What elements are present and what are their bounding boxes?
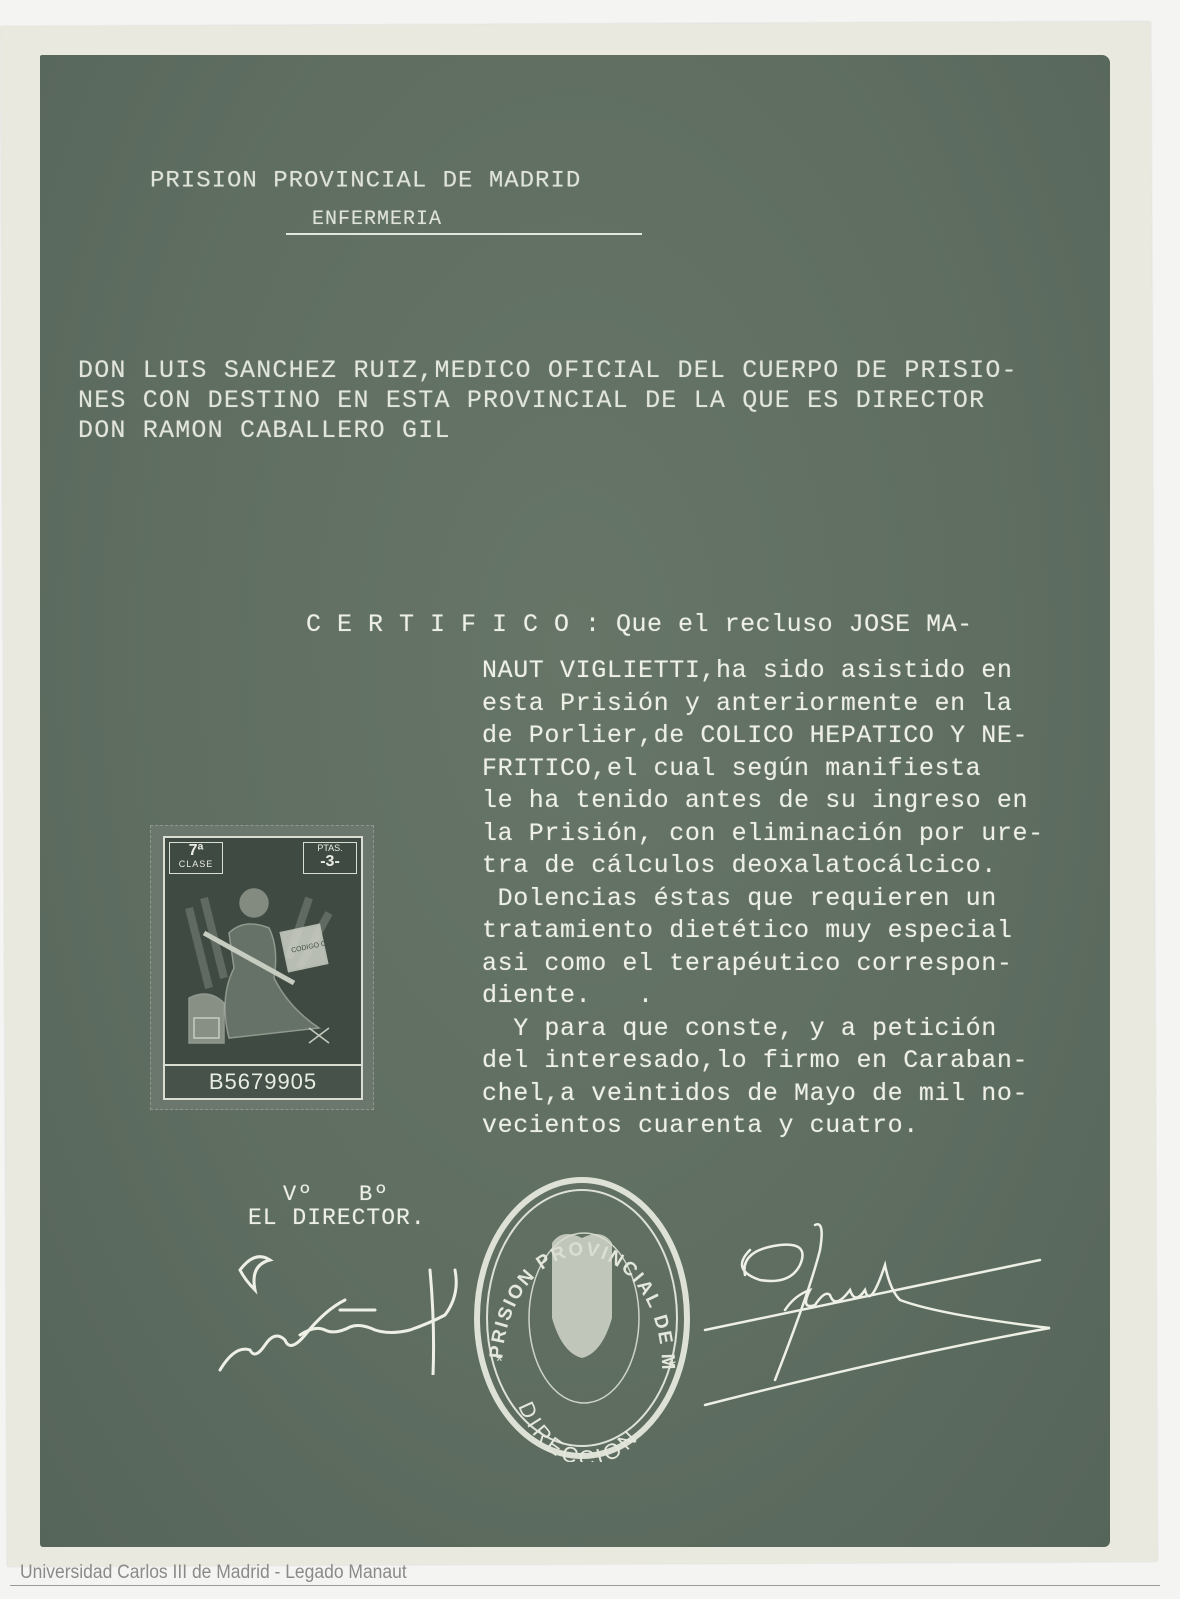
- visto-bueno-label: Vº Bº: [283, 1182, 389, 1207]
- body-line: NAUT VIGLIETTI,ha sido asistido en: [482, 656, 1012, 685]
- department-header: ENFERMERIA: [312, 208, 442, 231]
- certifico-line: C E R T I F I C O : Que el recluso JOSE …: [306, 610, 973, 639]
- svg-text:DIRECCION: DIRECCION: [513, 1398, 644, 1462]
- body-line: del interesado,lo firmo en Caraban-: [482, 1046, 1028, 1075]
- revenue-stamp: 7ª CLASE PTAS. -3- CODIGO CIVIL B5679905: [150, 825, 374, 1110]
- body-line: la Prisión, con eliminación por ure-: [482, 819, 1044, 848]
- body-line: de Porlier,de COLICO HEPATICO Y NE-: [482, 721, 1028, 750]
- body-line: le ha tenido antes de su ingreso en: [482, 786, 1028, 815]
- director-title: EL DIRECTOR.: [248, 1205, 426, 1231]
- body-line: Y para que conste, y a petición: [482, 1014, 997, 1043]
- body-line: chel,a veintidos de Mayo de mil no-: [482, 1079, 1028, 1108]
- body-line: vecientos cuarenta y cuatro.: [482, 1111, 919, 1140]
- body-line: Dolencias éstas que requieren un: [482, 884, 997, 913]
- prison-seal-icon: PRISION PROVINCIAL DE MADRID DIRECCION *…: [462, 1168, 694, 1462]
- stamp-value-box: PTAS. -3-: [303, 842, 357, 874]
- doctor-signature-icon: [700, 1180, 1060, 1420]
- body-line: FRITICO,el cual según manifiesta: [482, 754, 981, 783]
- director-signature-icon: [215, 1235, 475, 1375]
- justice-figure-icon: CODIGO CIVIL: [169, 878, 355, 1058]
- stamp-value: -3-: [304, 854, 356, 870]
- intro-line: DON LUIS SANCHEZ RUIZ,MEDICO OFICIAL DEL…: [78, 356, 1018, 385]
- body-line: diente. .: [482, 981, 654, 1010]
- stamp-class-label: CLASE: [170, 859, 222, 870]
- stamp-class-box: 7ª CLASE: [169, 842, 223, 874]
- svg-text:*: *: [667, 1359, 678, 1379]
- body-line: asi como el terapéutico correspon-: [482, 949, 1012, 978]
- body-line: tra de cálculos deoxalatocálcico.: [482, 851, 997, 880]
- body-line: tratamiento dietético muy especial: [482, 916, 1012, 945]
- institution-header: PRISION PROVINCIAL DE MADRID: [150, 169, 581, 195]
- stamp-class-number: 7ª: [170, 843, 222, 859]
- svg-text:*: *: [494, 1354, 505, 1374]
- intro-line: DON RAMON CABALLERO GIL: [78, 416, 451, 445]
- intro-line: NES CON DESTINO EN ESTA PROVINCIAL DE LA…: [78, 386, 985, 415]
- header-underline: [286, 233, 642, 235]
- body-line: esta Prisión y anteriormente en la: [482, 689, 1012, 718]
- paper-edge: [10, 1585, 1160, 1586]
- stamp-serial-number: B5679905: [165, 1064, 361, 1098]
- archive-credit: Universidad Carlos III de Madrid - Legad…: [20, 1562, 407, 1584]
